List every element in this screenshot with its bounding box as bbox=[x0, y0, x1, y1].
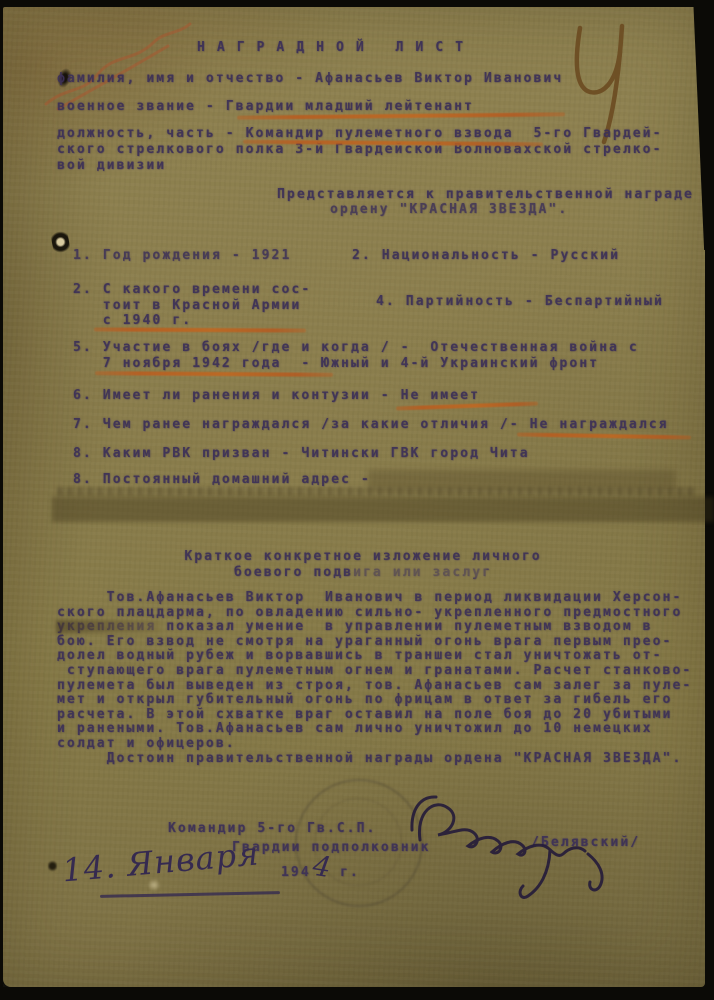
item-battles: 5. Участие в боях /где и когда / - Отече… bbox=[73, 340, 639, 372]
award-header-line2: ордену "КРАСНАЯ ЗВЕЗДА". bbox=[330, 203, 568, 218]
scan-edge-bottom bbox=[0, 987, 714, 1000]
commander-title-line: Командир 5-го Гв.С.П. bbox=[168, 822, 376, 837]
item-wounds: 6. Имеет ли ранения и контузии - Не имее… bbox=[73, 389, 480, 404]
item-previous-awards: 7. Чем ранее награждался /за какие отлич… bbox=[73, 418, 669, 433]
field-rank-line: военное звание - Гвардии младший лейтена… bbox=[57, 100, 474, 115]
item-birth-year: 1. Год рождения - 1921 bbox=[73, 249, 291, 264]
scanned-award-sheet: Н А Г Р А Д Н О Й Л И С Т фамилия, имя и… bbox=[0, 0, 714, 1000]
feat-description: Тов.Афанасьев Виктор Иванович в период л… bbox=[57, 591, 692, 766]
scan-edge-top bbox=[0, 0, 714, 7]
item-nationality: 2. Национальность - Русский bbox=[352, 249, 620, 264]
signature-ink bbox=[408, 788, 658, 906]
page-title: Н А Г Р А Д Н О Й Л И С Т bbox=[197, 41, 465, 56]
field-position-block: должность, часть - Командир пулеметного … bbox=[57, 126, 663, 174]
item-service-since: 2. С какого времени сос- тоит в Красной … bbox=[73, 282, 311, 329]
summary-heading: Краткое конкретное изложение личного бое… bbox=[181, 549, 545, 580]
scan-edge-left bbox=[0, 0, 3, 1000]
item-drafted-by: 8. Каким РВК призван - Читински ГВК горо… bbox=[73, 447, 530, 462]
item-home-address: 8. Постоянный домашний адрес - bbox=[73, 473, 371, 488]
field-name-line: фамилия, имя и отчество - Афанасьев Викт… bbox=[57, 72, 563, 87]
award-header-line1: Представляется к правительственной награ… bbox=[277, 188, 694, 203]
year-suffix: г. bbox=[340, 866, 360, 881]
item-party: 4. Партийность - Беспартийный bbox=[376, 295, 664, 310]
year-typed: 194 bbox=[281, 866, 311, 881]
